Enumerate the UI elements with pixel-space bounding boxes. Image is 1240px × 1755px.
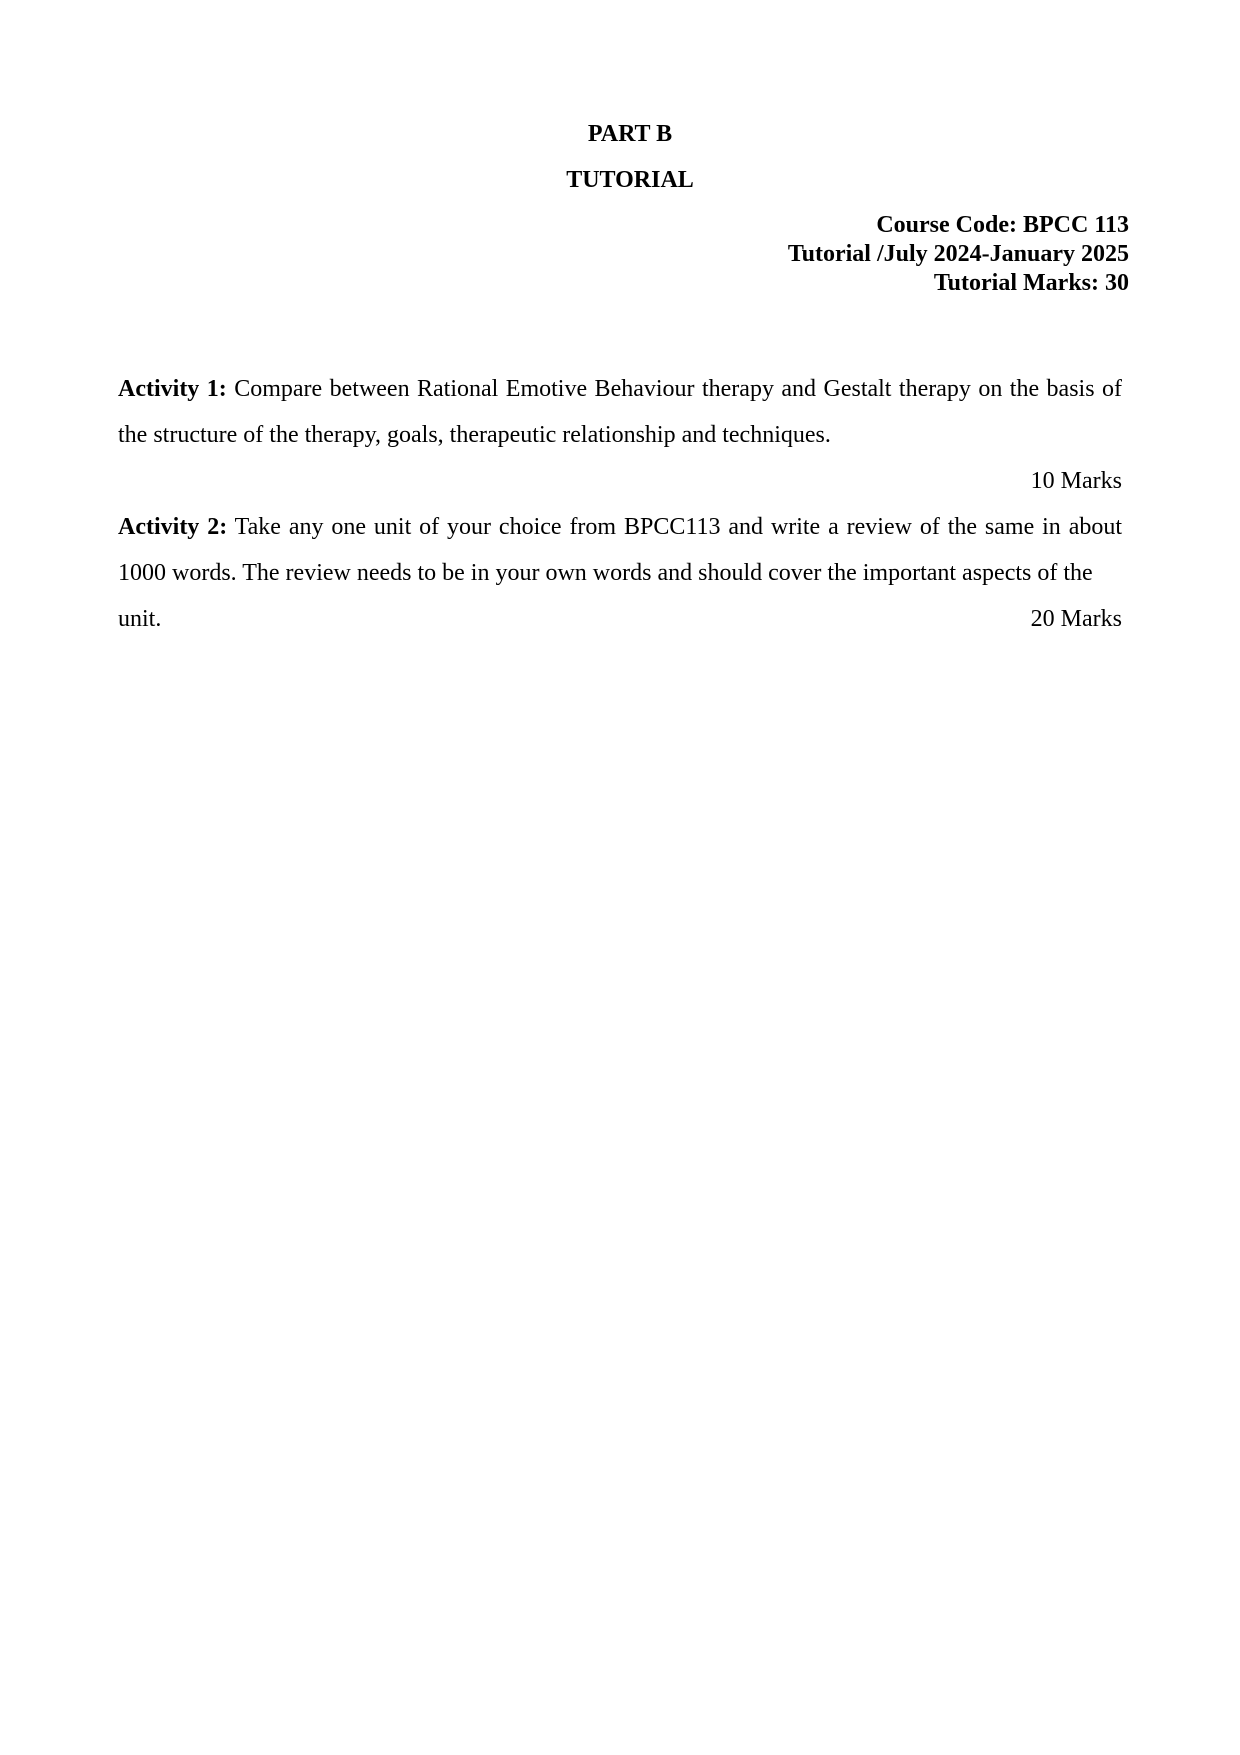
activity-1: Activity 1: Compare between Rational Emo… (118, 366, 1122, 458)
activity-2-text: Take any one unit of your choice from BP… (118, 514, 1122, 586)
activity-2-tail: unit. (118, 596, 161, 642)
activity-2: Activity 2: Take any one unit of your ch… (118, 504, 1122, 642)
activity-1-marks: 10 Marks (118, 458, 1122, 504)
tutorial-heading: TUTORIAL (0, 166, 1240, 194)
part-heading: PART B (0, 120, 1240, 148)
activity-2-label: Activity 2: (118, 514, 227, 540)
activity-1-label: Activity 1: (118, 376, 227, 402)
tutorial-marks: Tutorial Marks: 30 (788, 269, 1129, 298)
tutorial-session: Tutorial /July 2024-January 2025 (788, 240, 1129, 269)
activity-2-body: Activity 2: Take any one unit of your ch… (118, 504, 1122, 596)
course-code: Course Code: BPCC 113 (788, 211, 1129, 240)
document-page: PART B TUTORIAL Course Code: BPCC 113 Tu… (0, 0, 1240, 1755)
activity-1-marks-row: 10 Marks (118, 458, 1122, 504)
activity-1-text: Compare between Rational Emotive Behavio… (118, 376, 1122, 448)
course-meta: Course Code: BPCC 113 Tutorial /July 202… (788, 211, 1129, 298)
activity-2-last-line: unit. 20 Marks (118, 596, 1122, 642)
activity-2-marks: 20 Marks (1031, 596, 1122, 642)
